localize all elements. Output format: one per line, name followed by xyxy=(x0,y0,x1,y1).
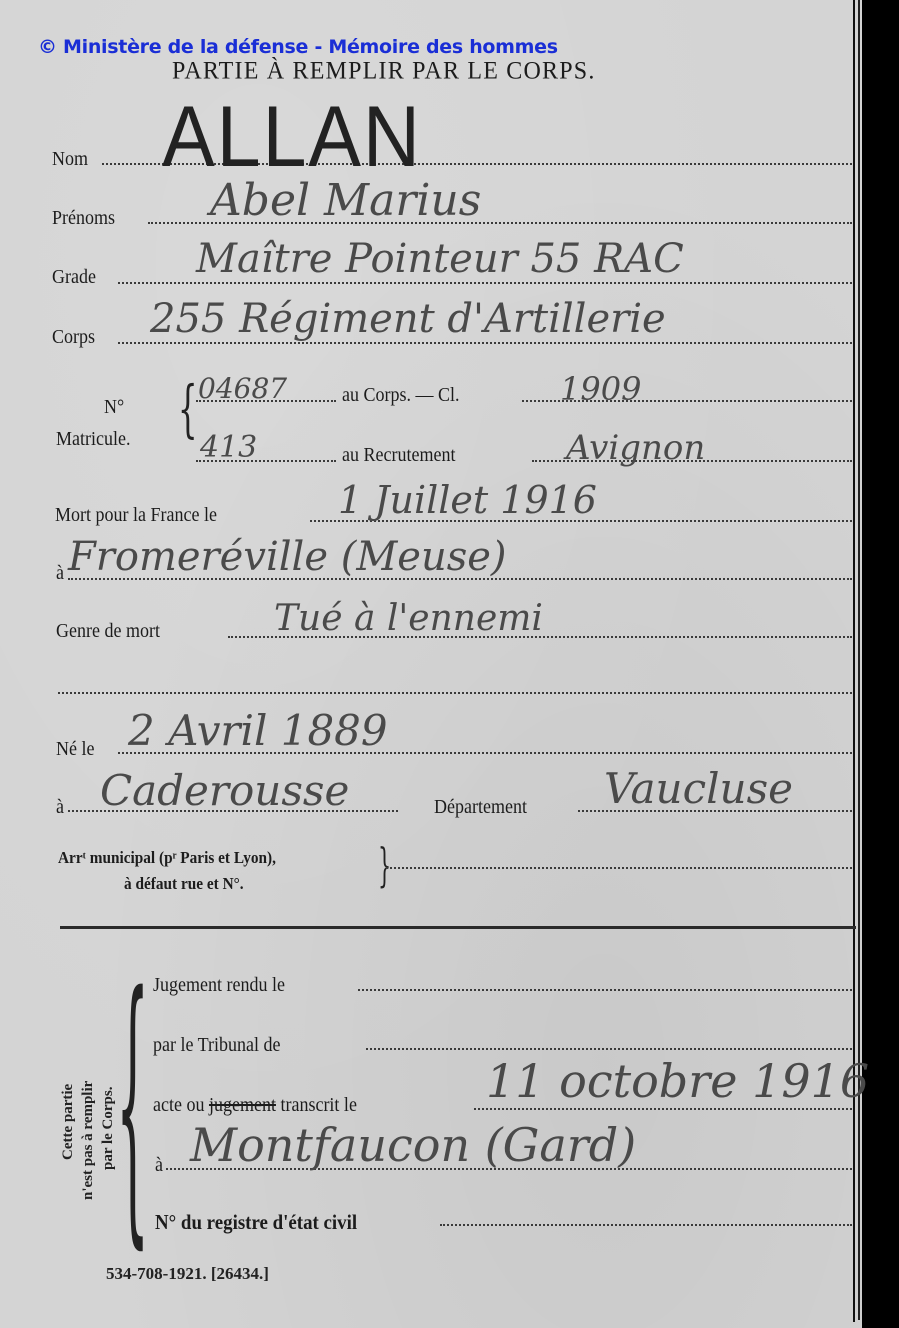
lieu-mort-value: Fromeréville (Meuse) xyxy=(68,534,507,580)
corps-line xyxy=(118,342,852,344)
registre-label: N° du registre d'état civil xyxy=(155,1210,357,1235)
jugement-rendu-label: Jugement rendu le xyxy=(153,974,285,997)
side-note-line2: n'est pas à remplir xyxy=(80,1081,97,1200)
side-note-line3: par le Corps. xyxy=(100,1087,117,1170)
grade-value: Maître Pointeur 55 RAC xyxy=(196,236,684,282)
matricule-brace: { xyxy=(178,378,198,440)
tribunal-label: par le Tribunal de xyxy=(153,1034,280,1057)
lieu-naissance-value: Caderousse xyxy=(100,766,349,815)
print-reference: 534-708-1921. [26434.] xyxy=(106,1264,269,1284)
transcrit-line xyxy=(474,1108,852,1110)
jugement-rendu-line xyxy=(358,989,852,991)
transcrit-label: acte ou jugement transcrit le xyxy=(153,1094,357,1117)
naissance-value: 2 Avril 1889 xyxy=(128,706,388,755)
tribunal-line xyxy=(366,1048,852,1050)
nom-value: ALLAN xyxy=(162,88,422,187)
arrondissement-label-line2: à défaut rue et N°. xyxy=(124,874,244,894)
grade-line xyxy=(118,282,852,284)
lieu-transcription-value: Montfaucon (Gard) xyxy=(190,1118,636,1172)
arrondissement-brace: } xyxy=(378,842,391,888)
arrondissement-line xyxy=(386,867,852,869)
genre-mort-value: Tué à l'ennemi xyxy=(274,598,543,639)
au-recrutement-label: au Recrutement xyxy=(342,444,455,467)
struck-word: jugement xyxy=(209,1094,276,1116)
numero-label: N° xyxy=(104,396,124,419)
corps-value: 255 Régiment d'Artillerie xyxy=(150,296,666,342)
grade-label: Grade xyxy=(52,266,96,289)
classe-value: 1909 xyxy=(560,370,641,408)
genre-mort-label: Genre de mort xyxy=(56,620,160,643)
jugement-brace: { xyxy=(116,960,149,1250)
corps-no-value: 04687 xyxy=(198,372,287,405)
card-border-outer xyxy=(853,0,855,1322)
death-record-card: © Ministère de la défense - Mémoire des … xyxy=(0,0,862,1328)
mort-label: Mort pour la France le xyxy=(55,504,217,527)
form-header: PARTIE À REMPLIR PAR LE CORPS. xyxy=(172,57,596,85)
corps-label: Corps xyxy=(52,326,95,349)
au-corps-label: au Corps. — Cl. xyxy=(342,384,460,407)
prenoms-label: Prénoms xyxy=(52,207,115,230)
prenoms-value: Abel Marius xyxy=(210,175,481,226)
lieu-mort-label: à xyxy=(56,562,64,585)
recrutement-no-value: 413 xyxy=(200,430,257,465)
lieu-naissance-label: à xyxy=(56,796,64,819)
registre-line xyxy=(440,1224,852,1226)
arrondissement-label-line1: Arrᵗ municipal (pʳ Paris et Lyon), xyxy=(58,848,276,868)
copyright-watermark: © Ministère de la défense - Mémoire des … xyxy=(38,36,558,58)
nom-label: Nom xyxy=(52,148,88,171)
departement-value: Vaucluse xyxy=(604,764,793,813)
blank-line xyxy=(58,692,852,694)
section-separator xyxy=(60,926,856,929)
recrutement-value: Avignon xyxy=(566,428,705,468)
side-note-line1: Cette partie xyxy=(60,1084,77,1160)
departement-label: Département xyxy=(434,796,527,819)
matricule-label: Matricule. xyxy=(56,428,130,451)
transcrit-value: 11 octobre 1916 xyxy=(486,1054,869,1108)
lieu-transcription-label: à xyxy=(155,1154,163,1177)
mort-value: 1 Juillet 1916 xyxy=(338,478,597,522)
card-border-inner xyxy=(858,0,860,1320)
naissance-label: Né le xyxy=(56,738,94,761)
